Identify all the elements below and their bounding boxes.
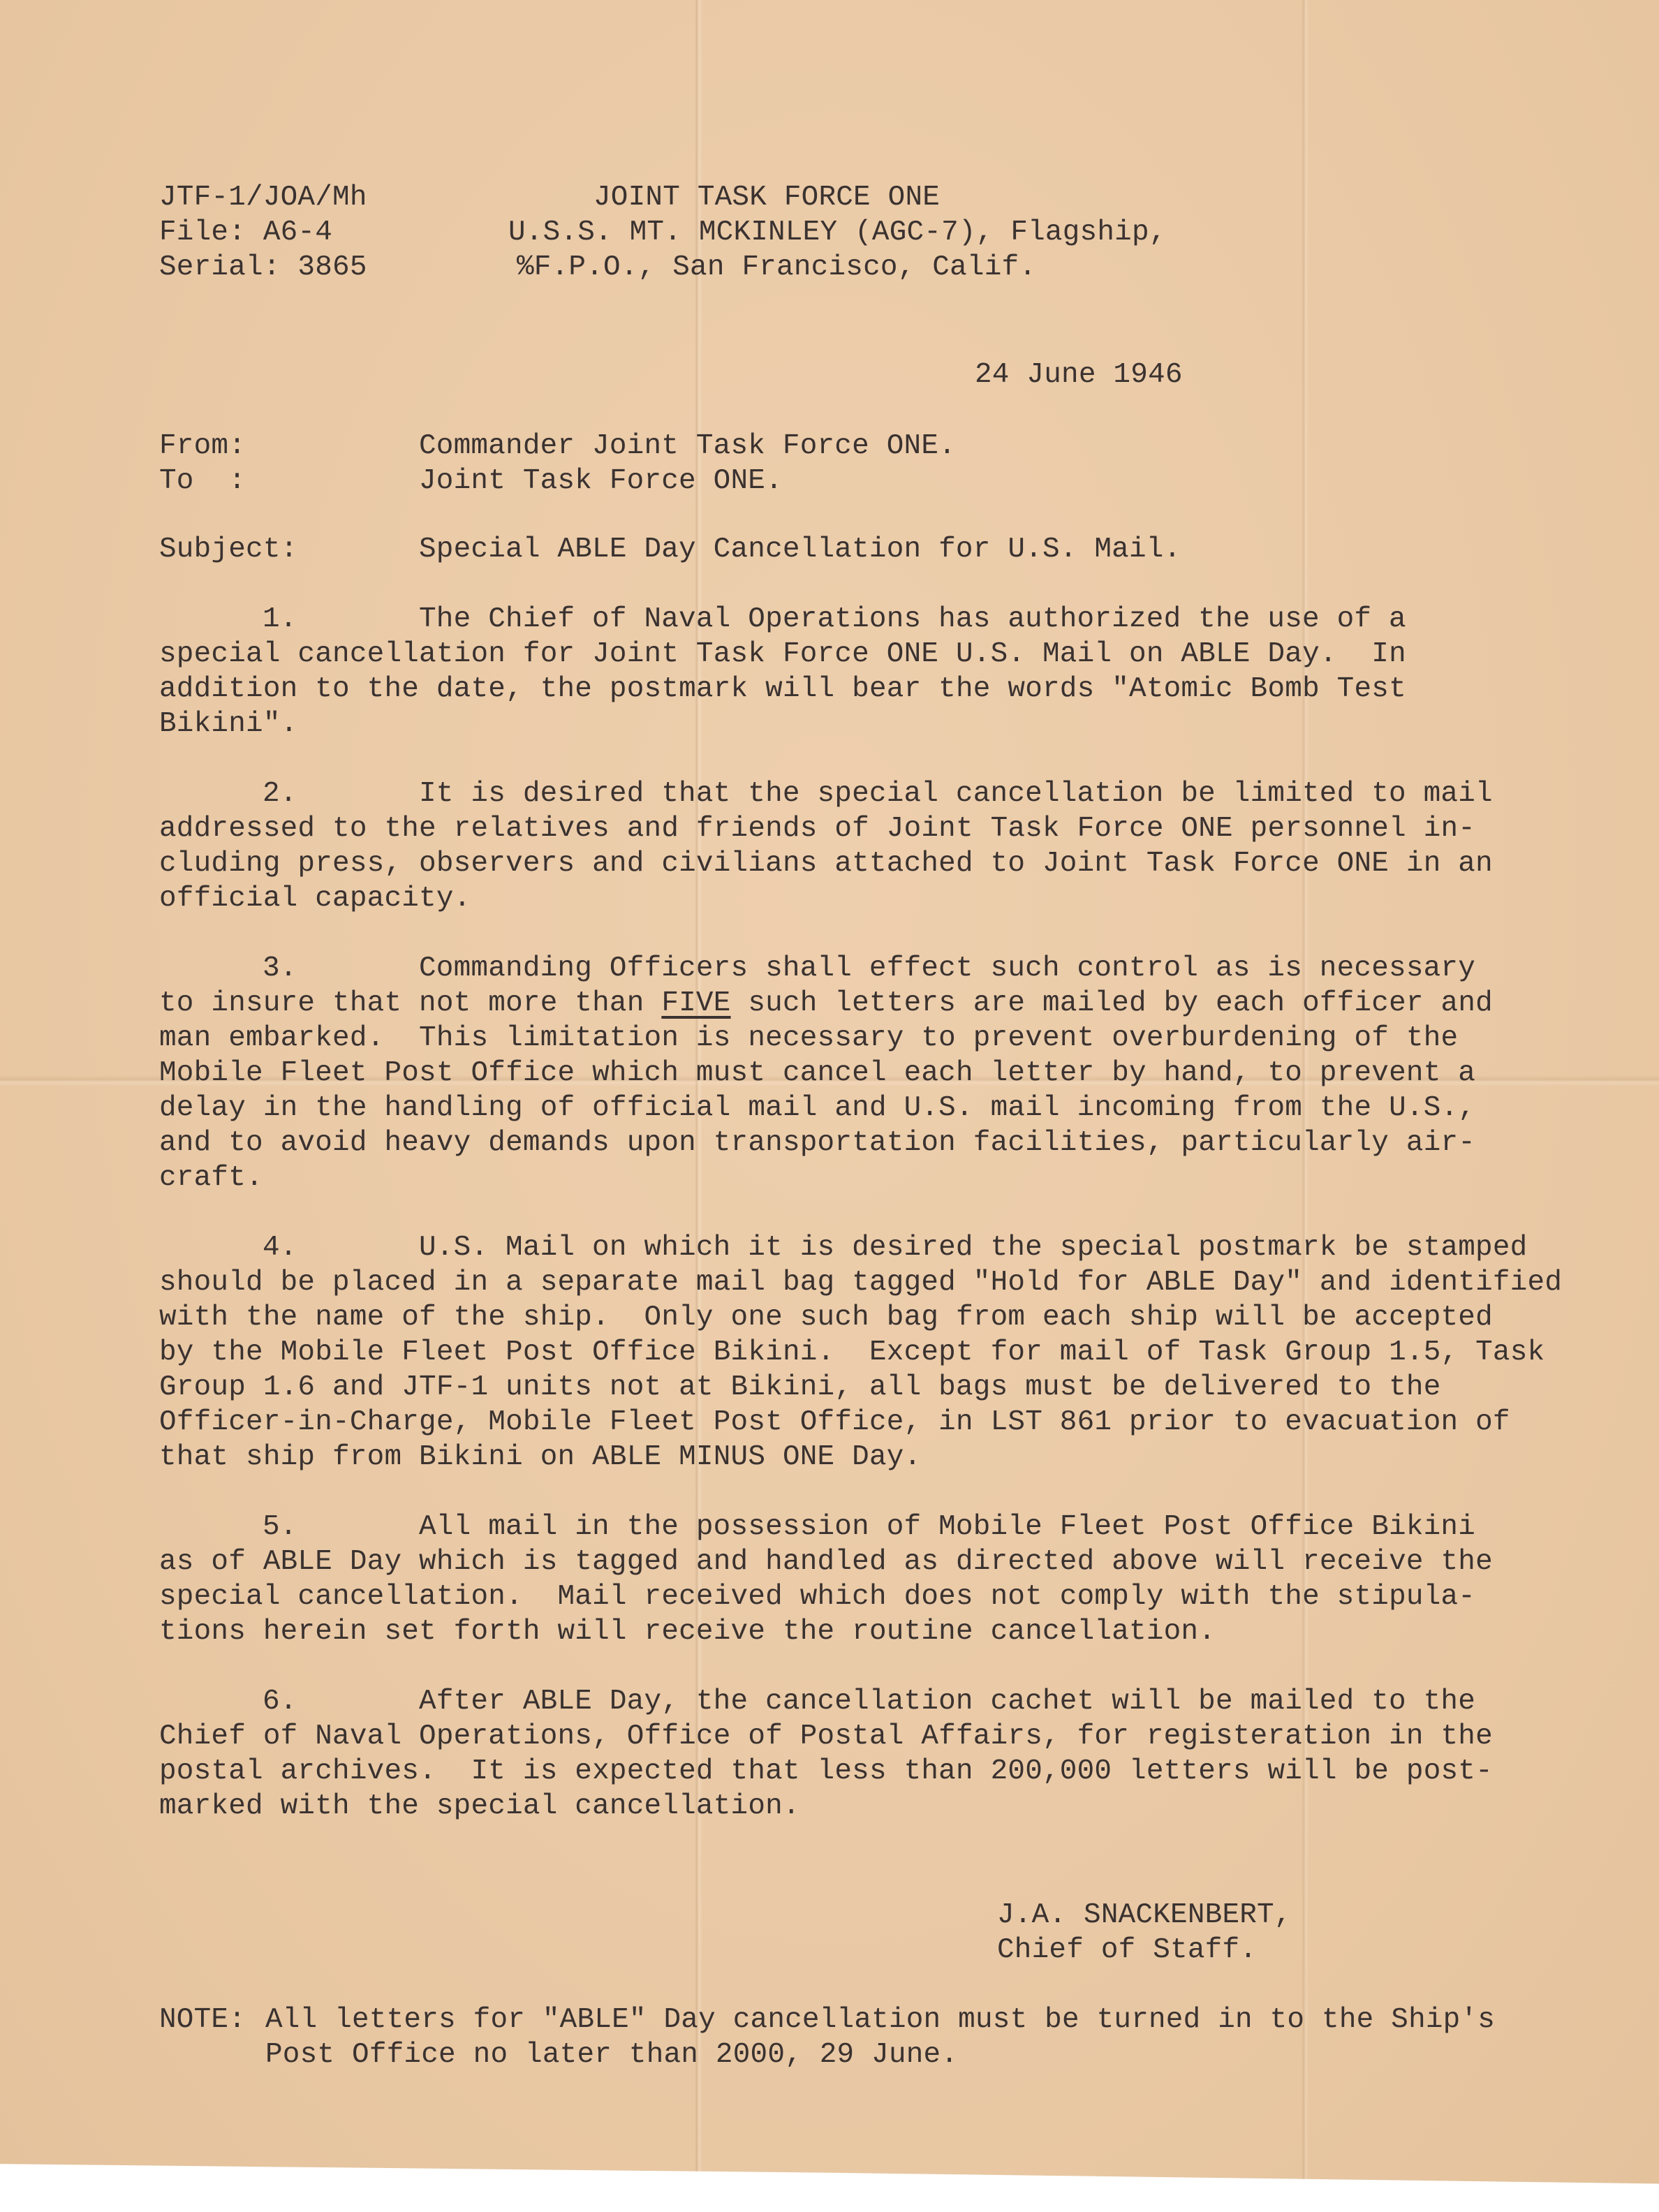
- subject-value: Special ABLE Day Cancellation for U.S. M…: [419, 532, 1181, 567]
- paragraph-line: addressed to the relatives and friends o…: [159, 811, 1475, 846]
- file-number: File: A6-4: [159, 215, 332, 250]
- note-line: All letters for "ABLE" Day cancellation …: [265, 2003, 1495, 2037]
- paragraph-line: delay in the handling of official mail a…: [159, 1091, 1475, 1126]
- paragraph-line: It is desired that the special cancellat…: [419, 776, 1493, 811]
- paragraph-line: cluding press, observers and civilians a…: [159, 846, 1493, 881]
- paragraph-line: official capacity.: [159, 881, 471, 916]
- paragraph-line: The Chief of Naval Operations has author…: [419, 602, 1406, 637]
- to-label: To :: [159, 464, 246, 499]
- emphasis-five: FIVE: [661, 987, 730, 1019]
- paragraph-number: 4.: [263, 1230, 297, 1265]
- paragraph-line: by the Mobile Fleet Post Office Bikini. …: [159, 1335, 1544, 1370]
- note-label: NOTE:: [159, 2003, 246, 2037]
- org-address: %F.P.O., San Francisco, Calif.: [517, 250, 1036, 285]
- org-name: JOINT TASK FORCE ONE: [593, 180, 940, 215]
- subject-label: Subject:: [159, 532, 297, 567]
- paragraph-line: U.S. Mail on which it is desired the spe…: [419, 1230, 1527, 1265]
- paragraph-number: 6.: [263, 1684, 297, 1719]
- signatory-name: J.A. SNACKENBERT,: [997, 1898, 1292, 1933]
- serial-number: Serial: 3865: [159, 250, 367, 285]
- paragraph-line: special cancellation for Joint Task Forc…: [159, 637, 1406, 672]
- note-line: Post Office no later than 2000, 29 June.: [265, 2037, 958, 2072]
- reference-code: JTF-1/JOA/Mh: [159, 180, 367, 215]
- paragraph-line: craft.: [159, 1160, 263, 1195]
- paragraph-line: should be placed in a separate mail bag …: [159, 1265, 1562, 1300]
- paragraph-line: postal archives. It is expected that les…: [159, 1754, 1493, 1789]
- paragraph-line: All mail in the possession of Mobile Fle…: [419, 1510, 1475, 1544]
- paragraph-line: that ship from Bikini on ABLE MINUS ONE …: [159, 1440, 921, 1475]
- letter-date: 24 June 1946: [975, 357, 1183, 392]
- paragraph-line: addition to the date, the postmark will …: [159, 672, 1406, 707]
- org-ship: U.S.S. MT. MCKINLEY (AGC-7), Flagship,: [508, 215, 1167, 250]
- line-text: to insure that not more than: [159, 987, 661, 1019]
- paragraph-number: 2.: [263, 776, 297, 811]
- paragraph-line: marked with the special cancellation.: [159, 1789, 800, 1824]
- paragraph-line: Group 1.6 and JTF-1 units not at Bikini,…: [159, 1370, 1441, 1405]
- line-text: such letters are mailed by each officer …: [731, 987, 1493, 1019]
- to-value: Joint Task Force ONE.: [419, 464, 783, 499]
- paragraph-number: 3.: [263, 951, 297, 986]
- signatory-title: Chief of Staff.: [997, 1933, 1257, 1968]
- paragraph-number: 5.: [263, 1510, 297, 1544]
- paragraph-line: to insure that not more than FIVE such l…: [159, 986, 1493, 1021]
- paragraph-line: Mobile Fleet Post Office which must canc…: [159, 1056, 1475, 1091]
- paragraph-line: tions herein set forth will receive the …: [159, 1614, 1216, 1649]
- paragraph-line: Bikini".: [159, 707, 297, 742]
- paragraph-line: as of ABLE Day which is tagged and handl…: [159, 1544, 1493, 1579]
- paragraph-line: and to avoid heavy demands upon transpor…: [159, 1126, 1475, 1160]
- paragraph-line: Commanding Officers shall effect such co…: [419, 951, 1475, 986]
- paragraph-number: 1.: [263, 602, 297, 637]
- paragraph-line: with the name of the ship. Only one such…: [159, 1300, 1493, 1335]
- from-label: From:: [159, 429, 246, 464]
- paragraph-line: special cancellation. Mail received whic…: [159, 1579, 1475, 1614]
- paragraph-line: man embarked. This limitation is necessa…: [159, 1021, 1458, 1056]
- paragraph-line: After ABLE Day, the cancellation cachet …: [419, 1684, 1475, 1719]
- from-value: Commander Joint Task Force ONE.: [419, 429, 956, 464]
- paragraph-line: Chief of Naval Operations, Office of Pos…: [159, 1719, 1493, 1754]
- paragraph-line: Officer-in-Charge, Mobile Fleet Post Off…: [159, 1405, 1510, 1440]
